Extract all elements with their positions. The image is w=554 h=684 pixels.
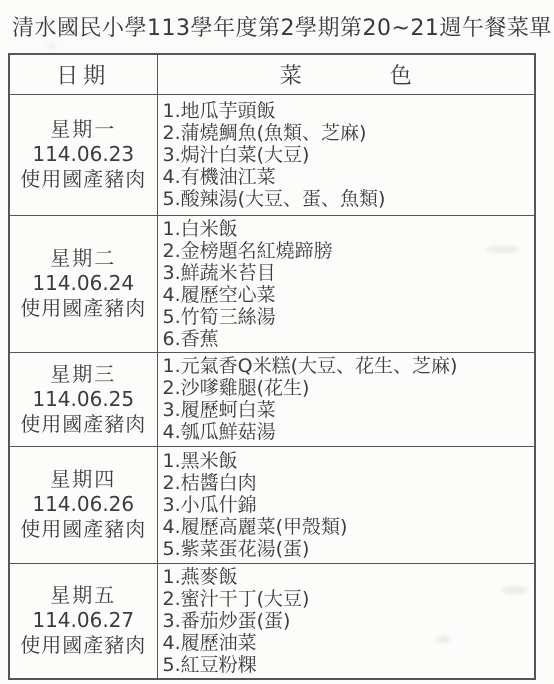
dish-item: 3.焗汁白菜(大豆) <box>163 144 531 166</box>
weekday-label: 星期四 <box>11 467 156 492</box>
pork-origin-note: 使用國產豬肉 <box>11 296 156 321</box>
dish-item: 5.紅豆粉粿 <box>163 654 531 676</box>
date-cell-tuesday: 星期二 114.06.24 使用國產豬肉 <box>9 215 157 352</box>
menu-row-friday: 星期五 114.06.27 使用國產豬肉 1.燕麥飯 2.蜜汁干丁(大豆) 3.… <box>9 563 535 679</box>
header-dishes: 菜 色 <box>157 54 535 94</box>
dishes-cell-wednesday: 1.元氣香Q米糕(大豆、花生、芝麻) 2.沙嗲雞腿(花生) 3.履歷蚵白菜 4.… <box>157 352 535 446</box>
date-label: 114.06.27 <box>11 608 156 633</box>
date-label: 114.06.26 <box>11 492 156 517</box>
dish-item: 1.元氣香Q米糕(大豆、花生、芝麻) <box>163 355 531 377</box>
pork-origin-note: 使用國產豬肉 <box>11 412 156 437</box>
date-label: 114.06.23 <box>11 142 156 167</box>
table-header-row: 日期 菜 色 <box>9 54 535 94</box>
dishes-cell-monday: 1.地瓜芋頭飯 2.蒲燒鯛魚(魚類、芝麻) 3.焗汁白菜(大豆) 4.有機油江菜… <box>157 94 535 215</box>
page-title: 清水國民小學113學年度第2學期第20~21週午餐菜單 <box>12 11 554 42</box>
date-label: 114.06.25 <box>11 387 156 412</box>
date-label: 114.06.24 <box>11 271 156 296</box>
dishes-cell-tuesday: 1.白米飯 2.金榜題名紅燒蹄膀 3.鮮蔬米苔目 4.履歷空心菜 5.竹筍三絲湯… <box>157 215 535 352</box>
dish-item: 5.竹筍三絲湯 <box>163 306 531 328</box>
date-cell-wednesday: 星期三 114.06.25 使用國產豬肉 <box>9 352 157 446</box>
dish-item: 5.紫菜蛋花湯(蛋) <box>163 538 531 560</box>
date-cell-thursday: 星期四 114.06.26 使用國產豬肉 <box>9 446 157 563</box>
pork-origin-note: 使用國產豬肉 <box>11 633 156 658</box>
dish-item: 2.蒲燒鯛魚(魚類、芝麻) <box>163 122 531 144</box>
dish-item: 4.有機油江菜 <box>163 166 531 188</box>
dish-item: 6.香蕉 <box>163 328 531 350</box>
dish-item: 4.履歷空心菜 <box>163 284 531 306</box>
date-cell-friday: 星期五 114.06.27 使用國產豬肉 <box>9 563 157 679</box>
dish-item: 2.金榜題名紅燒蹄膀 <box>163 240 531 262</box>
dish-item: 3.小瓜什錦 <box>163 494 531 516</box>
dish-item: 2.桔醬白肉 <box>163 472 531 494</box>
dish-item: 1.燕麥飯 <box>163 566 531 588</box>
date-cell-monday: 星期一 114.06.23 使用國產豬肉 <box>9 94 157 215</box>
pork-origin-note: 使用國產豬肉 <box>11 167 156 192</box>
menu-row-tuesday: 星期二 114.06.24 使用國產豬肉 1.白米飯 2.金榜題名紅燒蹄膀 3.… <box>9 215 535 352</box>
weekday-label: 星期三 <box>11 362 156 387</box>
weekday-label: 星期一 <box>11 117 156 142</box>
menu-row-wednesday: 星期三 114.06.25 使用國產豬肉 1.元氣香Q米糕(大豆、花生、芝麻) … <box>9 352 535 446</box>
dish-item: 2.蜜汁干丁(大豆) <box>163 588 531 610</box>
dish-item: 4.履歷高麗菜(甲殼類) <box>163 516 531 538</box>
menu-row-monday: 星期一 114.06.23 使用國產豬肉 1.地瓜芋頭飯 2.蒲燒鯛魚(魚類、芝… <box>9 94 535 215</box>
menu-row-thursday: 星期四 114.06.26 使用國產豬肉 1.黑米飯 2.桔醬白肉 3.小瓜什錦… <box>9 446 535 563</box>
dish-item: 3.番茄炒蛋(蛋) <box>163 610 531 632</box>
dish-item: 3.鮮蔬米苔目 <box>163 262 531 284</box>
weekday-label: 星期二 <box>11 246 156 271</box>
lunch-menu-table: 日期 菜 色 星期一 114.06.23 使用國產豬肉 1.地瓜芋頭飯 2.蒲燒… <box>8 53 536 680</box>
dish-item: 1.地瓜芋頭飯 <box>163 100 531 122</box>
dish-item: 1.黑米飯 <box>163 450 531 472</box>
weekday-label: 星期五 <box>11 583 156 608</box>
dish-item: 2.沙嗲雞腿(花生) <box>163 377 531 399</box>
dish-item: 3.履歷蚵白菜 <box>163 399 531 421</box>
scan-smudge <box>48 44 55 49</box>
dish-item: 4.履歷油菜 <box>163 632 531 654</box>
dish-item: 4.瓠瓜鮮菇湯 <box>163 421 531 443</box>
dish-item: 1.白米飯 <box>163 218 531 240</box>
dishes-cell-thursday: 1.黑米飯 2.桔醬白肉 3.小瓜什錦 4.履歷高麗菜(甲殼類) 5.紫菜蛋花湯… <box>157 446 535 563</box>
header-date: 日期 <box>9 54 157 94</box>
dishes-cell-friday: 1.燕麥飯 2.蜜汁干丁(大豆) 3.番茄炒蛋(蛋) 4.履歷油菜 5.紅豆粉粿 <box>157 563 535 679</box>
dish-item: 5.酸辣湯(大豆、蛋、魚類) <box>163 188 531 210</box>
pork-origin-note: 使用國產豬肉 <box>11 517 156 542</box>
